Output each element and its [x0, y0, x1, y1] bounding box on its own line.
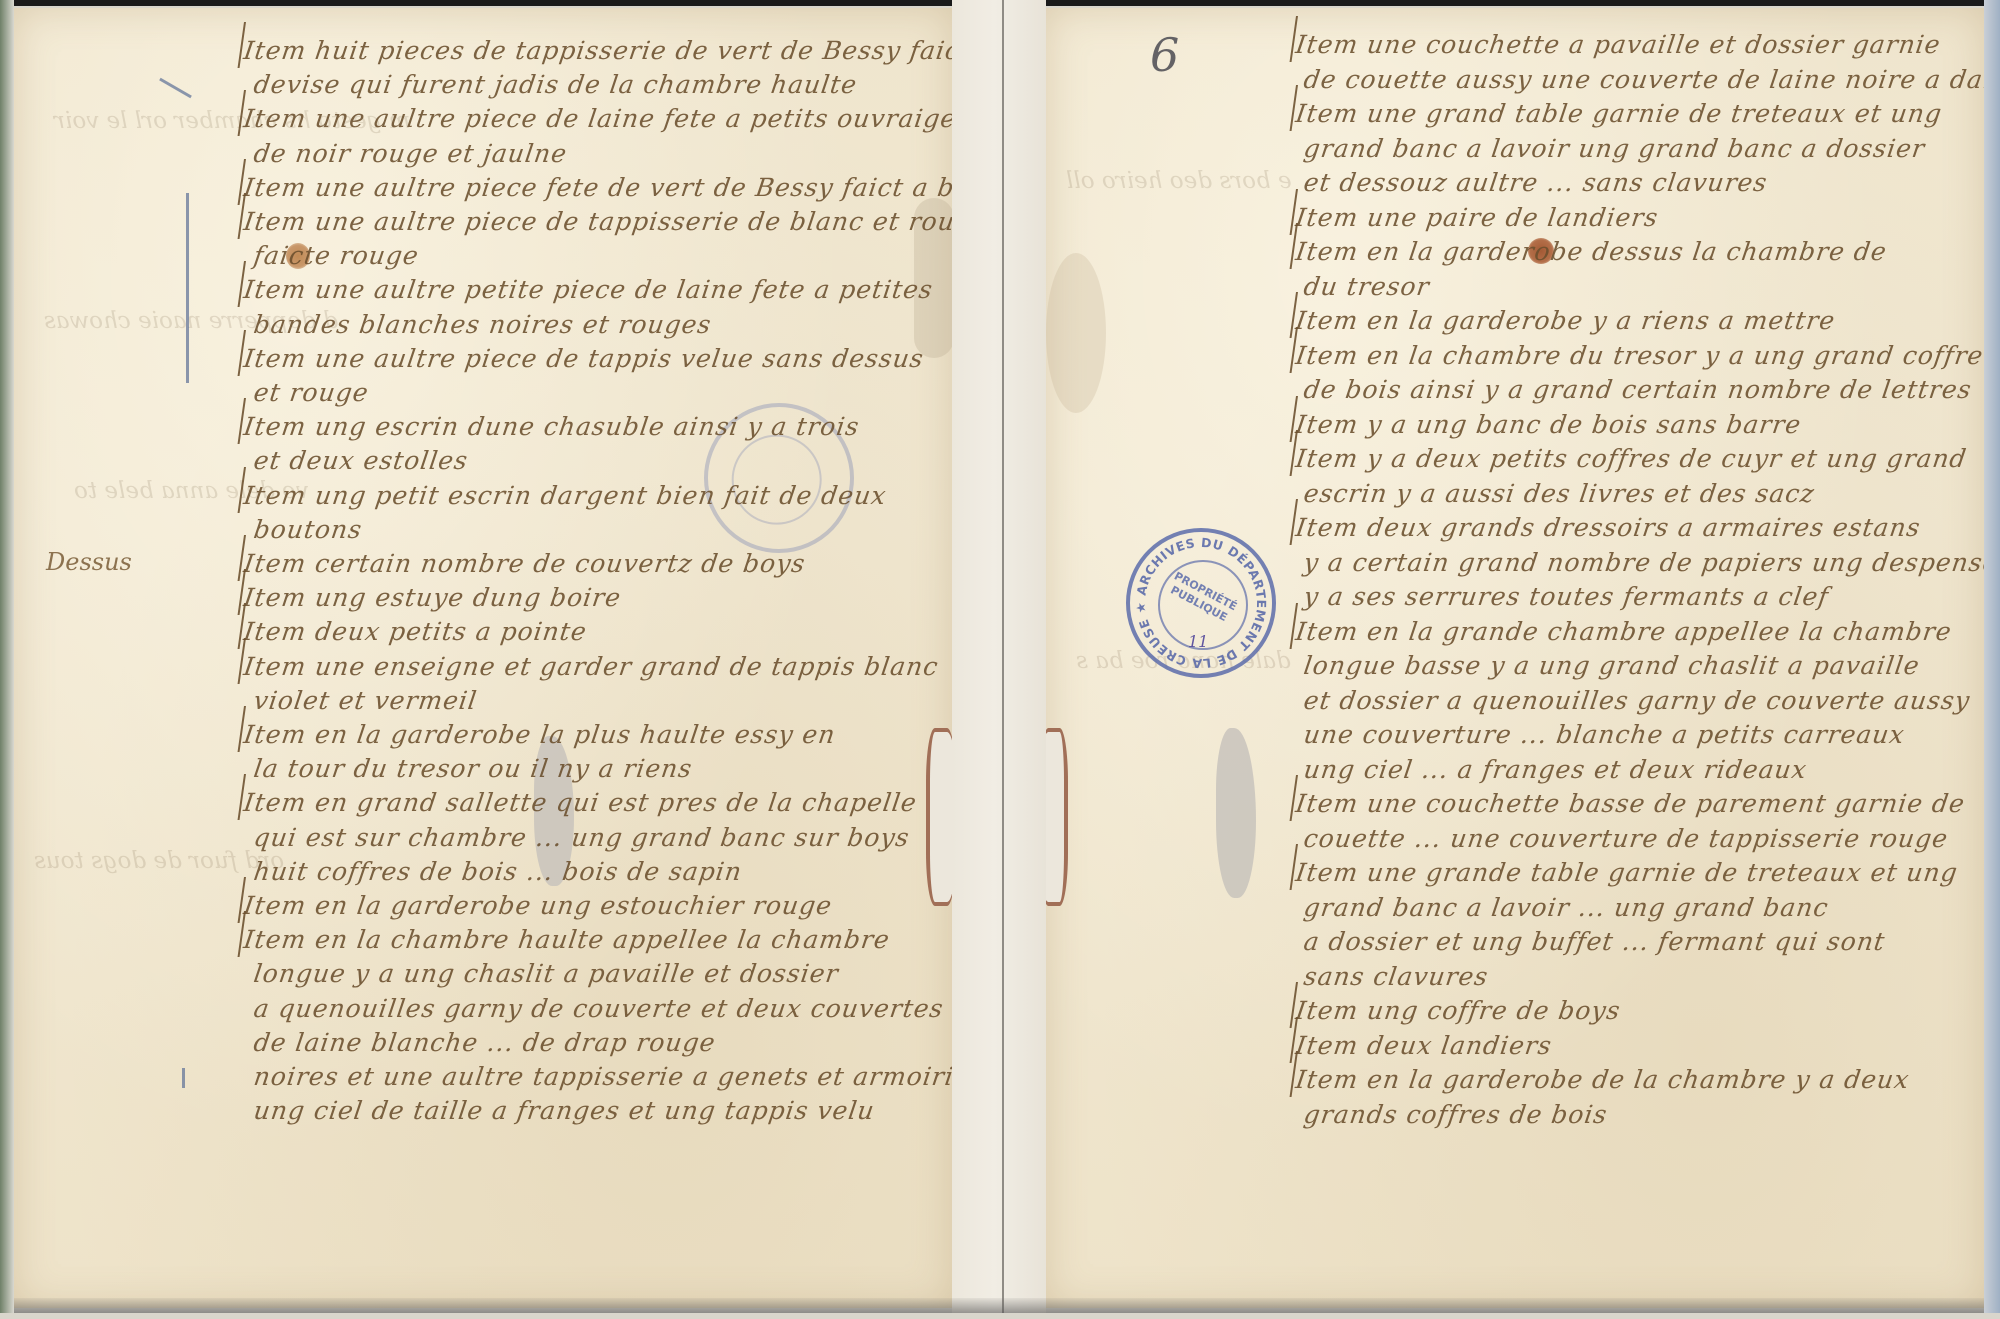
inventory-continuation-line: noires et une aultre tappisserie a genet…: [252, 1062, 952, 1091]
inventory-item-line: Item ung estuye dung boire: [242, 583, 623, 612]
inventory-item-line: Item une aultre petite piece de laine fe…: [242, 275, 935, 304]
inventory-item-line: Item en la chambre du tresor y a ung gra…: [1294, 341, 1984, 370]
inventory-continuation-line: de couette aussy une couverte de laine n…: [1302, 65, 1984, 94]
inventory-item-line: Item ung escrin dune chasuble ainsi y a …: [242, 412, 861, 441]
inventory-item-line: Item en grand sallette qui est pres de l…: [242, 788, 919, 817]
inventory-continuation-line: une couverture ... blanche a petits carr…: [1302, 720, 1907, 749]
left-page-text: Item huit pieces de tappisserie de vert …: [14, 8, 952, 1308]
inventory-continuation-line: a dossier et ung buffet ... fermant qui …: [1302, 927, 1887, 956]
inventory-continuation-line: y a certain grand nombre de papiers ung …: [1302, 548, 1984, 577]
inventory-continuation-line: y a ses serrures toutes fermants a clef: [1302, 582, 1831, 611]
inventory-item-line: Item en la garderobe y a riens a mettre: [1294, 306, 1837, 335]
inventory-item-line: Item certain nombre de couvertz de boys: [242, 549, 807, 578]
inventory-item-line: Item une aultre piece de tappisserie de …: [242, 207, 952, 236]
inventory-continuation-line: la tour du tresor ou il ny a riens: [252, 754, 694, 783]
inventory-continuation-line: de noir rouge et jaulne: [252, 139, 569, 168]
inventory-item-line: Item une couchette basse de parement gar…: [1294, 789, 1967, 818]
inventory-continuation-line: a quenouilles garny de couverte et deux …: [252, 994, 946, 1023]
inventory-item-line: Item une grand table garnie de treteaux …: [1294, 99, 1944, 128]
inventory-item-line: Item y a ung banc de bois sans barre: [1294, 410, 1803, 439]
right-page: e bors deo heiro oll dale hono roe ba s …: [1046, 8, 1984, 1308]
page-bottom-shadow: [14, 1298, 1984, 1313]
inventory-continuation-line: grands coffres de bois: [1302, 1100, 1610, 1129]
inventory-item-line: Item une grande table garnie de treteaux…: [1294, 858, 1960, 887]
inventory-continuation-line: bandes blanches noires et rouges: [252, 310, 714, 339]
inventory-continuation-line: violet et vermeil: [252, 686, 479, 715]
inventory-continuation-line: grand banc a lavoir ... ung grand banc: [1302, 893, 1831, 922]
inventory-item-line: Item une aultre piece de tappis velue sa…: [242, 344, 926, 373]
inventory-continuation-line: qui est sur chambre ... ung grand banc s…: [252, 823, 912, 852]
inventory-item-line: Item deux grands dressoirs a armaires es…: [1294, 513, 1923, 542]
inventory-continuation-line: ung ciel de taille a franges et ung tapp…: [252, 1096, 877, 1125]
inventory-continuation-line: couette ... une couverture de tappisseri…: [1302, 824, 1950, 853]
inventory-continuation-line: huit coffres de bois ... bois de sapin: [252, 857, 744, 886]
inventory-item-line: Item une enseigne et garder grand de tap…: [242, 652, 940, 681]
inventory-item-line: Item en la garderobe la plus haulte essy…: [242, 720, 838, 749]
binding-fold: [1002, 0, 1004, 1313]
inventory-continuation-line: grand banc a lavoir ung grand banc a dos…: [1302, 134, 1927, 163]
right-page-text: Item une couchette a pavaille et dossier…: [1046, 8, 1984, 1308]
scan-right-edge: [1984, 0, 2000, 1313]
inventory-item-line: Item une aultre piece de laine fete a pe…: [242, 104, 952, 133]
inventory-item-line: Item huit pieces de tappisserie de vert …: [242, 36, 952, 65]
inventory-continuation-line: du tresor: [1302, 272, 1432, 301]
scan-left-edge: [0, 0, 14, 1313]
inventory-continuation-line: boutons: [252, 515, 364, 544]
inventory-item-line: Item en la grande chambre appellee la ch…: [1294, 617, 1954, 646]
inventory-item-line: Item en la garderobe dessus la chambre d…: [1294, 237, 1889, 266]
inventory-item-line: Item ung petit escrin dargent bien fait …: [242, 481, 889, 510]
inventory-item-line: Item une couchette a pavaille et dossier…: [1294, 30, 1943, 59]
inventory-item-line: Item y a deux petits coffres de cuyr et …: [1294, 444, 1969, 473]
center-gutter: [952, 0, 1046, 1313]
inventory-item-line: Item en la garderobe ung estouchier roug…: [242, 891, 834, 920]
inventory-item-line: Item deux petits a pointe: [242, 617, 589, 646]
inventory-item-line: Item en la garderobe de la chambre y a d…: [1294, 1065, 1911, 1094]
inventory-continuation-line: ung ciel ... a franges et deux rideaux: [1302, 755, 1809, 784]
inventory-continuation-line: de laine blanche ... de drap rouge: [252, 1028, 718, 1057]
inventory-item-line: Item une aultre piece fete de vert de Be…: [242, 173, 952, 202]
inventory-continuation-line: et dessouz aultre ... sans clavures: [1302, 168, 1769, 197]
inventory-continuation-line: longue y a ung chaslit a pavaille et dos…: [252, 959, 841, 988]
inventory-item-line: Item deux landiers: [1294, 1031, 1554, 1060]
inventory-continuation-line: faicte rouge: [252, 241, 421, 270]
inventory-item-line: Item en la chambre haulte appellee la ch…: [242, 925, 892, 954]
inventory-item-line: Item ung coffre de boys: [1294, 996, 1623, 1025]
inventory-continuation-line: et rouge: [252, 378, 371, 407]
left-page: m gesto hs chamber orl le voir d dopperr…: [14, 8, 952, 1308]
inventory-continuation-line: et dossier a quenouilles garny de couver…: [1302, 686, 1972, 715]
inventory-continuation-line: et deux estolles: [252, 446, 470, 475]
inventory-continuation-line: escrin y a aussi des livres et des sacz: [1302, 479, 1817, 508]
inventory-item-line: Item une paire de landiers: [1294, 203, 1660, 232]
inventory-continuation-line: longue basse y a ung grand chaslit a pav…: [1302, 651, 1922, 680]
inventory-continuation-line: devise qui furent jadis de la chambre ha…: [252, 70, 859, 99]
inventory-continuation-line: de bois ainsi y a grand certain nombre d…: [1302, 375, 1974, 404]
inventory-continuation-line: sans clavures: [1302, 962, 1490, 991]
